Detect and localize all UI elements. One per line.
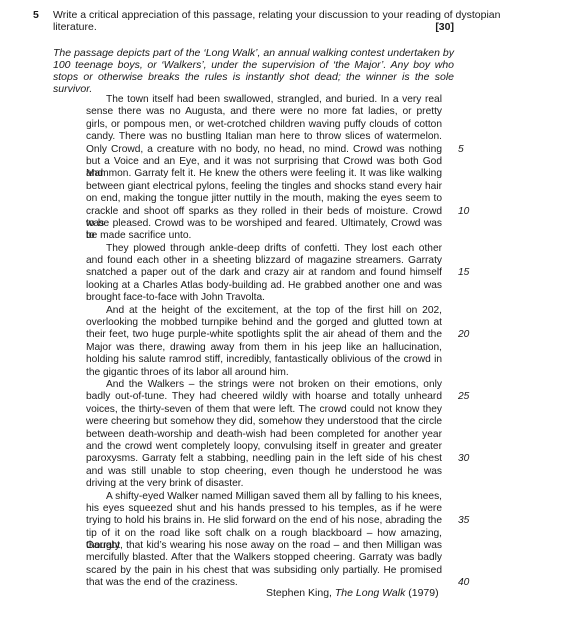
- passage-line: badly out-of-tune. They had cheered wild…: [86, 391, 442, 403]
- passage-line: tip of it on the road like soft chalk on…: [86, 528, 442, 540]
- passage-line-text: were cheering but somehow they did, some…: [86, 416, 442, 428]
- passage-line: and was still unable to stop cheering, e…: [86, 466, 442, 478]
- passage-line: their feet, two huge purple-white spotli…: [86, 329, 442, 341]
- passage-line-text: Major was there, drawing away from them …: [86, 342, 442, 354]
- passage-line: paroxysms. Garraty felt a stabbing, need…: [86, 453, 442, 465]
- passage-introduction: The passage depicts part of the ‘Long Wa…: [53, 47, 454, 95]
- passage-line-text: be made sacrifice unto.: [86, 230, 191, 241]
- passage-line: trying to hold his brains in. He slid fo…: [86, 515, 442, 527]
- passage-extract: The town itself had been swallowed, stra…: [86, 94, 442, 590]
- passage-line: and the crowd went completely loopy, con…: [86, 441, 442, 453]
- question-prompt: Write a critical appreciation of this pa…: [53, 9, 454, 33]
- passage-line: but a Voice and an Eye, and it was not s…: [86, 156, 442, 168]
- passage-line-text: the gigantic throes of its labor all aro…: [86, 367, 289, 378]
- passage-line-text: And at the height of the excitement, at …: [106, 305, 442, 317]
- passage-line-text: tip of it on the road like soft chalk on…: [86, 528, 442, 540]
- passage-line-text: girls, or pompous men, or wet-crotched c…: [86, 119, 442, 131]
- passage-line-text: mercifully blasted. After that the Walke…: [86, 552, 442, 564]
- line-number: 10: [458, 206, 469, 218]
- passage-line-text: candy. There was no bustling Italian man…: [86, 131, 442, 143]
- passage-line-text: Only Crowd, a creature with no body, no …: [86, 144, 442, 156]
- line-number: 30: [458, 453, 469, 465]
- passage-line: crackle and shoot off sparks as they rol…: [86, 206, 442, 218]
- passage-line: The town itself had been swallowed, stra…: [86, 94, 442, 106]
- passage-line: were cheering but somehow they did, some…: [86, 416, 442, 428]
- passage-line-text: crackle and shoot off sparks as they rol…: [86, 206, 442, 218]
- line-number: 40: [458, 577, 469, 589]
- line-number: 35: [458, 515, 469, 527]
- passage-line-text: his eyes squeezed shut and his hands pre…: [86, 503, 442, 515]
- passage-line-text: A shifty-eyed Walker named Milligan save…: [106, 491, 442, 503]
- passage-line: A shifty-eyed Walker named Milligan save…: [86, 491, 442, 503]
- prompt-line-2-row: literature. [30]: [53, 21, 454, 33]
- passage-line: voices, the thirty-seven of them that we…: [86, 404, 442, 416]
- passage-line: between giant electrical pylons, feeling…: [86, 181, 442, 193]
- passage-line-text: on end, making the tongue jitter nuttily…: [86, 193, 442, 205]
- passage-line: Only Crowd, a creature with no body, no …: [86, 144, 442, 156]
- passage-line: candy. There was no bustling Italian man…: [86, 131, 442, 143]
- passage-line-text: to be pleased. Crowd was to be worshiped…: [86, 218, 442, 230]
- passage-line-text: between death-worship and death-wish had…: [86, 429, 442, 441]
- passage-line: sense there was no Augusta, and there we…: [86, 106, 442, 118]
- passage-line: And the Walkers – the strings were not b…: [86, 379, 442, 391]
- passage-line: his eyes squeezed shut and his hands pre…: [86, 503, 442, 515]
- passage-line: brought face-to-face with John Travolta.: [86, 292, 442, 304]
- passage-line-text: trying to hold his brains in. He slid fo…: [86, 515, 442, 527]
- passage-line-text: looking at a Charles Atlas body-building…: [86, 280, 442, 292]
- passage-line: and found each other in a sheeting blizz…: [86, 255, 442, 267]
- passage-line-text: paroxysms. Garraty felt a stabbing, need…: [86, 453, 442, 465]
- passage-line: They plowed through ankle-deep drifts of…: [86, 243, 442, 255]
- passage-line-text: their feet, two huge purple-white spotli…: [86, 329, 442, 341]
- passage-line: Mammon. Garraty felt it. He knew the oth…: [86, 168, 442, 180]
- passage-line-text: Mammon. Garraty felt it. He knew the oth…: [86, 168, 442, 180]
- passage-line-text: holding his salute ramrod stiff, incredi…: [86, 354, 442, 366]
- passage-line-text: between giant electrical pylons, feeling…: [86, 181, 442, 193]
- passage-line-text: that was the end of the craziness.: [86, 577, 238, 588]
- attribution-year: (1979): [405, 587, 438, 599]
- passage-line-text: scared by the pain in his chest that was…: [86, 565, 442, 577]
- line-number: 25: [458, 391, 469, 403]
- passage-line-text: and found each other in a sheeting blizz…: [86, 255, 442, 267]
- passage-line: looking at a Charles Atlas body-building…: [86, 280, 442, 292]
- passage-line: driving at the very brink of disaster.: [86, 478, 442, 490]
- attribution-title: The Long Walk: [335, 587, 405, 599]
- passage-line: And at the height of the excitement, at …: [86, 305, 442, 317]
- passage-line-text: driving at the very brink of disaster.: [86, 478, 243, 489]
- passage-line-text: And the Walkers – the strings were not b…: [106, 379, 442, 391]
- marks-label: [30]: [435, 21, 454, 33]
- passage-line-text: and was still unable to stop cheering, e…: [86, 466, 442, 478]
- passage-line-text: badly out-of-tune. They had cheered wild…: [86, 391, 442, 403]
- passage-line: snatched a paper out of the dark and cra…: [86, 267, 442, 279]
- passage-line: mercifully blasted. After that the Walke…: [86, 552, 442, 564]
- question-number: 5: [33, 9, 39, 21]
- passage-line-text: They plowed through ankle-deep drifts of…: [106, 243, 442, 255]
- passage-line: girls, or pompous men, or wet-crotched c…: [86, 119, 442, 131]
- passage-line: to be pleased. Crowd was to be worshiped…: [86, 218, 442, 230]
- passage-line-text: and the crowd went completely loopy, con…: [86, 441, 442, 453]
- source-attribution: Stephen King, The Long Walk (1979): [266, 587, 439, 599]
- passage-line-text: snatched a paper out of the dark and cra…: [86, 267, 442, 279]
- passage-line-text: voices, the thirty-seven of them that we…: [86, 404, 442, 416]
- passage-line-text: The town itself had been swallowed, stra…: [106, 94, 442, 106]
- passage-line: Major was there, drawing away from them …: [86, 342, 442, 354]
- passage-line-text: sense there was no Augusta, and there we…: [86, 106, 442, 118]
- line-number: 15: [458, 267, 469, 279]
- passage-line: overlooking the mobbed turnpike behind a…: [86, 317, 442, 329]
- passage-line: holding his salute ramrod stiff, incredi…: [86, 354, 442, 366]
- attribution-author: Stephen King,: [266, 587, 335, 599]
- prompt-line-1: Write a critical appreciation of this pa…: [53, 9, 454, 21]
- passage-line-text: brought face-to-face with John Travolta.: [86, 292, 265, 303]
- passage-line-text: overlooking the mobbed turnpike behind a…: [86, 317, 442, 329]
- passage-line: on end, making the tongue jitter nuttily…: [86, 193, 442, 205]
- passage-line-text: but a Voice and an Eye, and it was not s…: [86, 156, 442, 168]
- passage-line: thought, that kid’s wearing his nose awa…: [86, 540, 442, 552]
- line-number: 20: [458, 329, 469, 341]
- passage-line: between death-worship and death-wish had…: [86, 429, 442, 441]
- prompt-line-2: literature.: [53, 21, 97, 33]
- passage-line: the gigantic throes of its labor all aro…: [86, 367, 442, 379]
- line-number: 5: [458, 144, 464, 156]
- passage-line-text: thought, that kid’s wearing his nose awa…: [86, 540, 442, 552]
- passage-line: be made sacrifice unto.: [86, 230, 442, 242]
- passage-line: scared by the pain in his chest that was…: [86, 565, 442, 577]
